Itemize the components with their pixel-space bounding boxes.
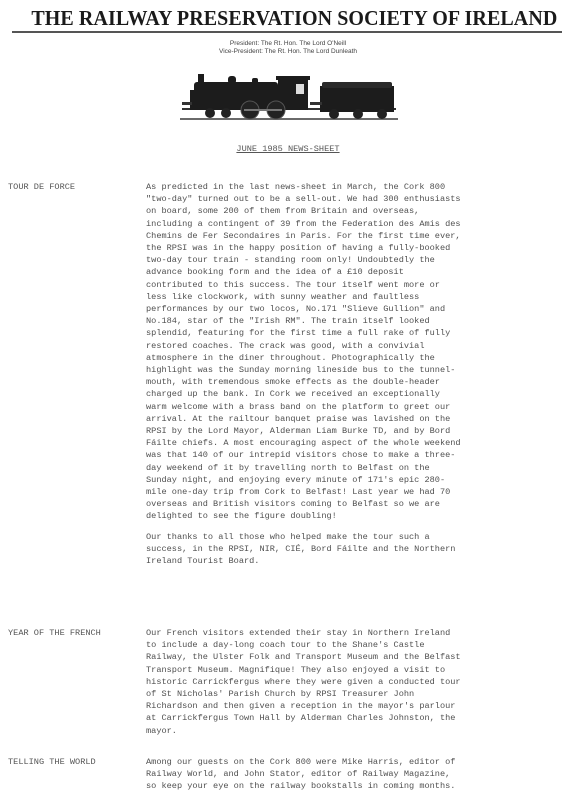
- section-heading: TOUR DE FORCE: [8, 181, 75, 193]
- president-line: President: The Rt. Hon. The Lord O'Neill: [0, 40, 576, 48]
- vice-president-line: Vice-President: The Rt. Hon. The Lord Du…: [0, 48, 576, 56]
- paragraph: Our thanks to all those who helped make …: [146, 531, 572, 568]
- paragraph: Our French visitors extended their stay …: [146, 627, 572, 737]
- paragraph: Among our guests on the Cork 800 were Mi…: [146, 756, 572, 793]
- news-sheet-title: JUNE 1985 NEWS-SHEET: [0, 144, 576, 154]
- section-body: As predicted in the last news-sheet in M…: [146, 181, 572, 575]
- section-heading: TELLING THE WORLD: [8, 756, 96, 768]
- section-body: Our French visitors extended their stay …: [146, 627, 572, 745]
- title-rule: [12, 31, 562, 33]
- officers-block: President: The Rt. Hon. The Lord O'Neill…: [0, 40, 576, 56]
- section-heading: YEAR OF THE FRENCH: [8, 627, 101, 639]
- section-body: Among our guests on the Cork 800 were Mi…: [146, 756, 572, 800]
- society-title: THE RAILWAY PRESERVATION SOCIETY OF IREL…: [31, 6, 544, 31]
- steam-locomotive-icon: [178, 68, 400, 124]
- paragraph: As predicted in the last news-sheet in M…: [146, 181, 572, 523]
